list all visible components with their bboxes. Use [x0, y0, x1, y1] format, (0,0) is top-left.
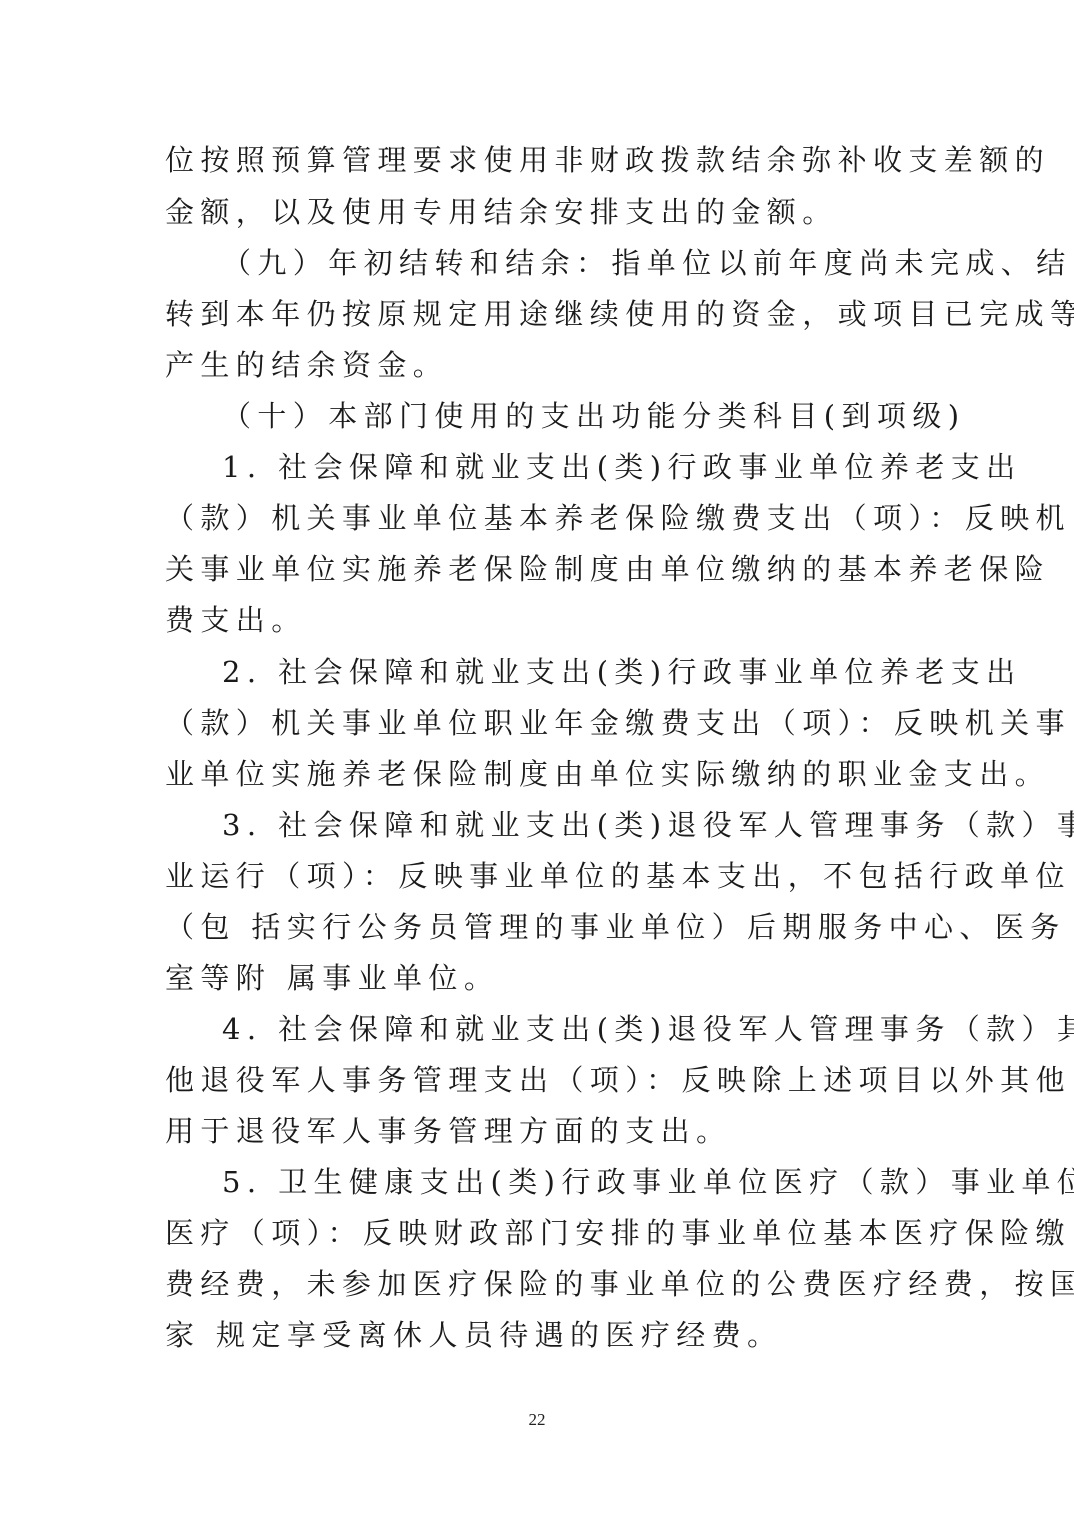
text-line: 医疗（项）：反映财政部门安排的事业单位基本医疗保险缴	[165, 1213, 915, 1253]
list-item-5: 5. 卫生健康支出(类)行政事业单位医疗（款）事业单位	[222, 1162, 972, 1202]
text-line: 费支出。	[165, 600, 915, 640]
list-item-2: 2. 社会保障和就业支出(类)行政事业单位养老支出	[222, 652, 972, 692]
text-line: 用于退役军人事务管理方面的支出。	[165, 1111, 915, 1151]
text-line: 家 规定享受离休人员待遇的医疗经费。	[165, 1315, 915, 1355]
section-heading-9: （九）年初结转和结余：指单位以前年度尚未完成、结	[222, 243, 972, 283]
list-item-3: 3. 社会保障和就业支出(类)退役军人管理事务（款）事	[222, 805, 972, 845]
list-item-1: 1. 社会保障和就业支出(类)行政事业单位养老支出	[222, 447, 972, 487]
text-line: （款）机关事业单位职业年金缴费支出（项）：反映机关事	[165, 703, 915, 743]
list-item-4: 4. 社会保障和就业支出(类)退役军人管理事务（款）其	[222, 1009, 972, 1049]
text-line: 业单位实施养老保险制度由单位实际缴纳的职业金支出。	[165, 754, 915, 794]
text-line: （包 括实行公务员管理的事业单位）后期服务中心、医务	[165, 907, 915, 947]
text-line: 他退役军人事务管理支出（项）：反映除上述项目以外其他	[165, 1060, 915, 1100]
text-line: 金额，以及使用专用结余安排支出的金额。	[165, 192, 915, 232]
text-line: 费经费，未参加医疗保险的事业单位的公费医疗经费，按国	[165, 1264, 915, 1304]
text-line: 室等附 属事业单位。	[165, 958, 915, 998]
text-line: （款）机关事业单位基本养老保险缴费支出（项）：反映机	[165, 498, 915, 538]
text-line: 转到本年仍按原规定用途继续使用的资金，或项目已完成等	[165, 294, 915, 334]
text-line: 位按照预算管理要求使用非财政拨款结余弥补收支差额的	[165, 140, 915, 180]
text-line: 业运行（项）：反映事业单位的基本支出，不包括行政单位	[165, 856, 915, 896]
section-heading-10: （十）本部门使用的支出功能分类科目(到项级)	[222, 396, 972, 436]
text-line: 产生的结余资金。	[165, 345, 915, 385]
text-line: 关事业单位实施养老保险制度由单位缴纳的基本养老保险	[165, 549, 915, 589]
document-page: 位按照预算管理要求使用非财政拨款结余弥补收支差额的 金额，以及使用专用结余安排支…	[0, 0, 1074, 1520]
page-number: 22	[0, 1410, 1074, 1430]
